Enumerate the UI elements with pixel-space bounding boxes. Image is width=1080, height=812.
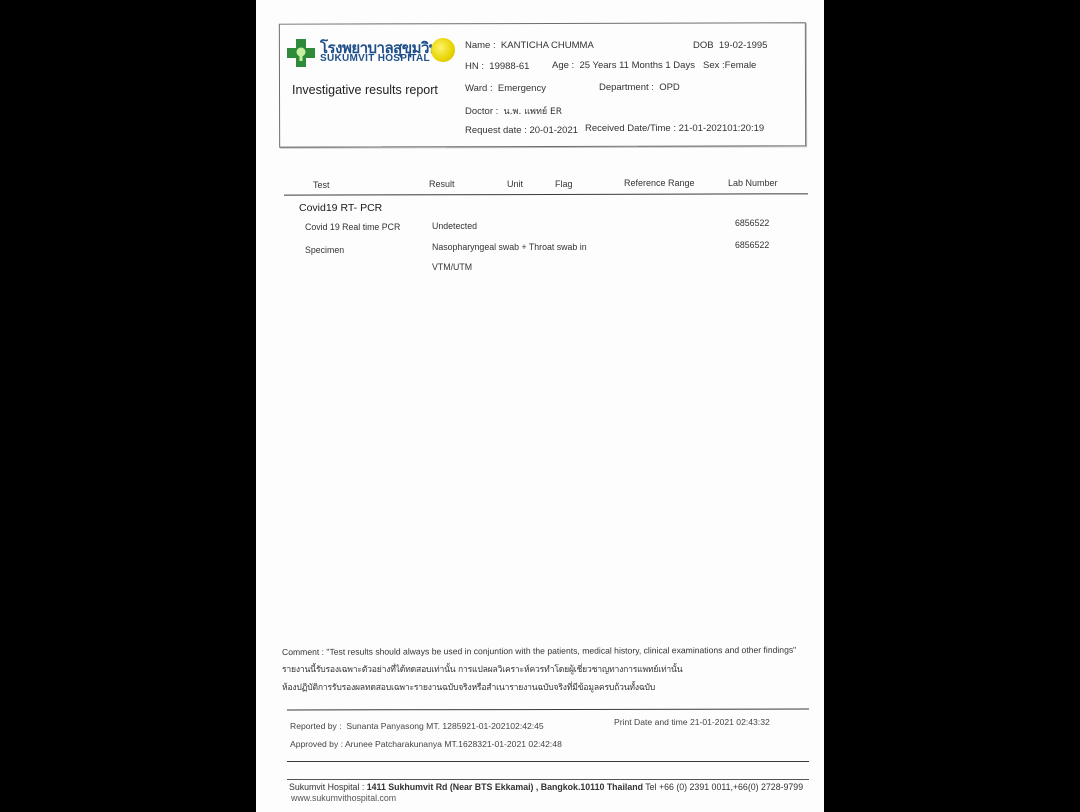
request-date-value: 20-01-2021 xyxy=(529,125,578,136)
print-label: Print Date and time xyxy=(614,717,688,727)
test-group-title: Covid19 RT- PCR xyxy=(299,202,382,214)
received-label: Received Date/Time : xyxy=(585,123,676,134)
col-header-reference-range: Reference Range xyxy=(624,178,695,188)
col-header-unit: Unit xyxy=(507,179,523,189)
footer-website[interactable]: www.sukumvithospital.com xyxy=(291,793,396,803)
reported-by: Reported by : Sunanta Panyasong MT. 1285… xyxy=(290,721,544,731)
row-result: Nasopharyngeal swab + Throat swab in xyxy=(432,242,587,252)
sex-row: Sex :Female xyxy=(703,60,756,71)
footer-rule xyxy=(287,779,809,780)
row-test: Specimen xyxy=(305,245,344,255)
department-row: Department : OPD xyxy=(599,82,680,93)
ward-value: Emergency xyxy=(498,83,546,94)
row-result-line2: VTM/UTM xyxy=(432,262,472,272)
age-label: Age : xyxy=(552,60,574,71)
age-row: Age : 25 Years 11 Months 1 Days xyxy=(552,60,695,71)
patient-name: KANTICHA CHUMMA xyxy=(501,40,594,51)
comment-text: "Test results should always be used in c… xyxy=(326,645,796,657)
footer-hospital-name: Sukumvit Hospital : xyxy=(289,782,364,792)
department-label: Department : xyxy=(599,82,654,93)
accreditation-badge-icon xyxy=(431,38,455,62)
ward-row: Ward : Emergency xyxy=(465,83,546,94)
approved-value: Arunee Patcharakunanya MT.1628321-01-202… xyxy=(345,739,562,749)
sex-label: Sex : xyxy=(703,60,725,71)
request-date-label: Request date : xyxy=(465,125,527,136)
row-result: Undetected xyxy=(432,221,477,231)
received-row: Received Date/Time : 21-01-202101:20:19 xyxy=(585,123,764,134)
comment-line: Comment : "Test results should always be… xyxy=(282,645,796,657)
footer-tel: Tel +66 (0) 2391 0011,+66(0) 2728-9799 xyxy=(645,782,803,792)
hn-value: 19988-61 xyxy=(489,61,529,72)
doctor-label: Doctor : xyxy=(465,106,498,117)
request-date-row: Request date : 20-01-2021 xyxy=(465,125,578,136)
row-lab-number: 6856522 xyxy=(735,218,769,228)
report-title: Investigative results report xyxy=(292,83,438,97)
doctor-value: น.พ. แพทย์ ER xyxy=(504,107,562,117)
row-test: Covid 19 Real time PCR xyxy=(305,222,400,232)
hospital-name-en: SUKUMVIT HOSPITAL xyxy=(320,53,430,64)
col-header-result: Result xyxy=(429,179,455,189)
col-header-test: Test xyxy=(313,180,330,190)
dob-label: DOB xyxy=(693,40,714,51)
name-label: Name : xyxy=(465,40,496,51)
department-value: OPD xyxy=(659,82,680,93)
hospital-cross-icon xyxy=(287,39,315,67)
patient-name-row: Name : KANTICHA CHUMMA xyxy=(465,40,594,51)
print-value: 21-01-2021 02:43:32 xyxy=(690,717,770,727)
signature-bottom-rule xyxy=(287,761,809,762)
sex-value: Female xyxy=(725,60,757,71)
comment-thai-line-1: รายงานนี้รับรองเฉพาะตัวอย่างที่ได้ทดสอบเ… xyxy=(282,662,682,676)
approved-by: Approved by : Arunee Patcharakunanya MT.… xyxy=(290,739,562,749)
print-date: Print Date and time 21-01-2021 02:43:32 xyxy=(614,717,770,727)
dob-value: 19-02-1995 xyxy=(719,40,768,51)
footer-street: 1411 Sukhumvit Rd (Near BTS Ekkamai) , B… xyxy=(367,782,643,792)
footer-address: Sukumvit Hospital : 1411 Sukhumvit Rd (N… xyxy=(289,782,803,792)
ward-label: Ward : xyxy=(465,83,493,94)
doctor-row: Doctor : น.พ. แพทย์ ER xyxy=(465,104,562,118)
approved-label: Approved by : xyxy=(290,739,343,749)
col-header-flag: Flag xyxy=(555,179,573,189)
dob-row: DOB 19-02-1995 xyxy=(693,40,767,51)
age-value: 25 Years 11 Months 1 Days xyxy=(579,60,694,71)
report-page: โรงพยาบาลสุขุมวิท SUKUMVIT HOSPITAL Inve… xyxy=(256,0,824,812)
signature-top-rule xyxy=(287,709,809,711)
hn-label: HN : xyxy=(465,61,484,72)
comment-thai-line-2: ห้องปฏิบัติการรับรองผลทดสอบเฉพาะรายงานฉบ… xyxy=(282,680,655,694)
col-header-lab-number: Lab Number xyxy=(728,178,778,188)
reported-label: Reported by : xyxy=(290,721,342,731)
received-value: 21-01-202101:20:19 xyxy=(679,123,765,134)
table-header-rule xyxy=(284,193,808,195)
reported-value: Sunanta Panyasong MT. 1285921-01-202102:… xyxy=(346,721,543,731)
row-lab-number: 6856522 xyxy=(735,240,769,250)
comment-label: Comment : xyxy=(282,647,324,657)
hn-row: HN : 19988-61 xyxy=(465,61,529,72)
